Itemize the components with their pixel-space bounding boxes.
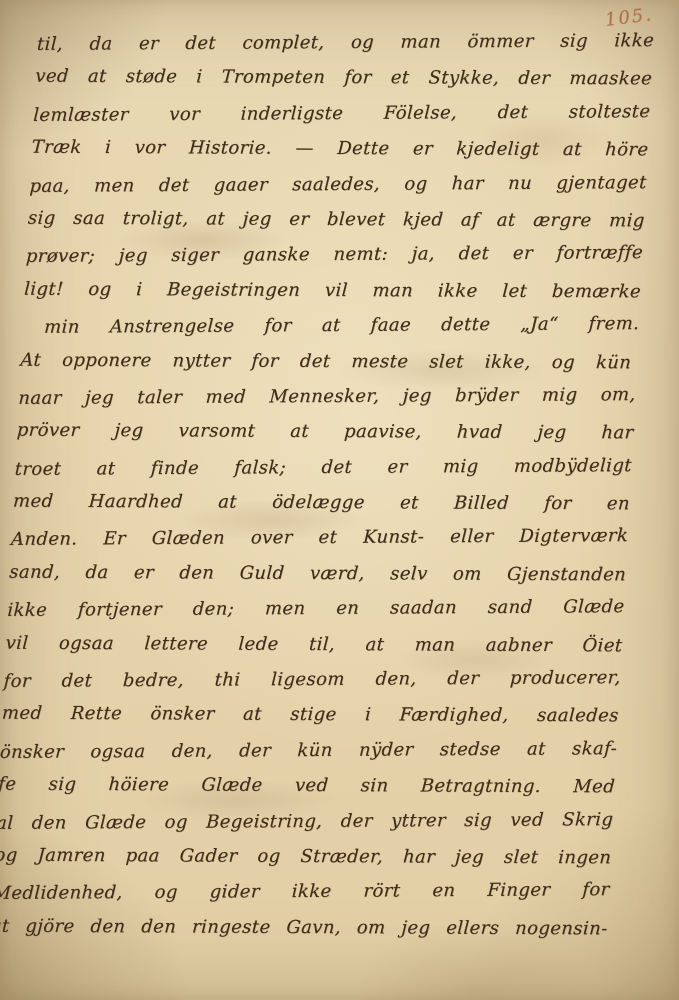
manuscript-line: Træk i vor Historie. — Dette er kjedelig… [31, 130, 650, 168]
manuscript-line: sig saa troligt, at jeg er blevet kjed a… [27, 201, 646, 239]
manuscript-line: fe sig höiere Glæde ved sin Betragtning.… [0, 767, 616, 805]
manuscript-line: ikke fortjener den; men en saadan sand G… [6, 589, 625, 628]
manuscript-line: naar jeg taler med Mennesker, jeg brÿder… [18, 377, 637, 416]
manuscript-line: al den Glæde og Begeistring, der yttrer … [0, 802, 614, 841]
manuscript-line: ved at støde i Trompeten for et Stykke, … [34, 59, 653, 97]
manuscript-page: 105. til, da er det complet, og man ömme… [0, 0, 679, 1000]
manuscript-line: prøver; jeg siger ganske nemt: ja, det e… [25, 235, 644, 274]
manuscript-line: önsker ogsaa den, der kün nÿder stedse a… [0, 731, 618, 770]
manuscript-line: med Rette önsker at stige i Færdighed, s… [1, 696, 620, 734]
manuscript-line: lemlæster vor inderligste Fölelse, det s… [32, 94, 651, 133]
manuscript-line: At opponere nytter for det meste slet ik… [19, 342, 638, 380]
manuscript-line: vil ogsaa lettere lede til, at man aabne… [5, 625, 624, 663]
manuscript-line: for det bedre, thi ligesom den, der prod… [3, 660, 622, 699]
manuscript-line: paa, men det gaaer saaledes, og har nu g… [29, 165, 648, 204]
manuscript-line: min Anstrengelse for at faae dette „Ja“ … [21, 306, 640, 345]
manuscript-line: Medlidenhed, og gider ikke rört en Finge… [0, 872, 610, 911]
manuscript-line: troet at finde falsk; det er mig modbÿde… [14, 448, 633, 487]
manuscript-line: pröver jeg varsomt at paavise, hvad jeg … [16, 413, 635, 451]
manuscript-line: til, da er det complet, og man ömmer sig… [36, 23, 655, 62]
manuscript-line: at gjöre den den ringeste Gavn, om jeg e… [0, 908, 609, 946]
manuscript-line: ligt! og i Begeistringen vil man ikke le… [23, 271, 642, 309]
manuscript-line: og Jamren paa Gader og Stræder, har jeg … [0, 838, 612, 876]
manuscript-text: til, da er det complet, og man ömmer sig… [0, 25, 655, 945]
manuscript-line: sand, da er den Guld værd, selv om Gjens… [8, 555, 627, 593]
manuscript-line: med Haardhed at ödelægge et Billed for e… [12, 484, 631, 522]
manuscript-line: Anden. Er Glæden over et Kunst- eller Di… [10, 519, 629, 558]
